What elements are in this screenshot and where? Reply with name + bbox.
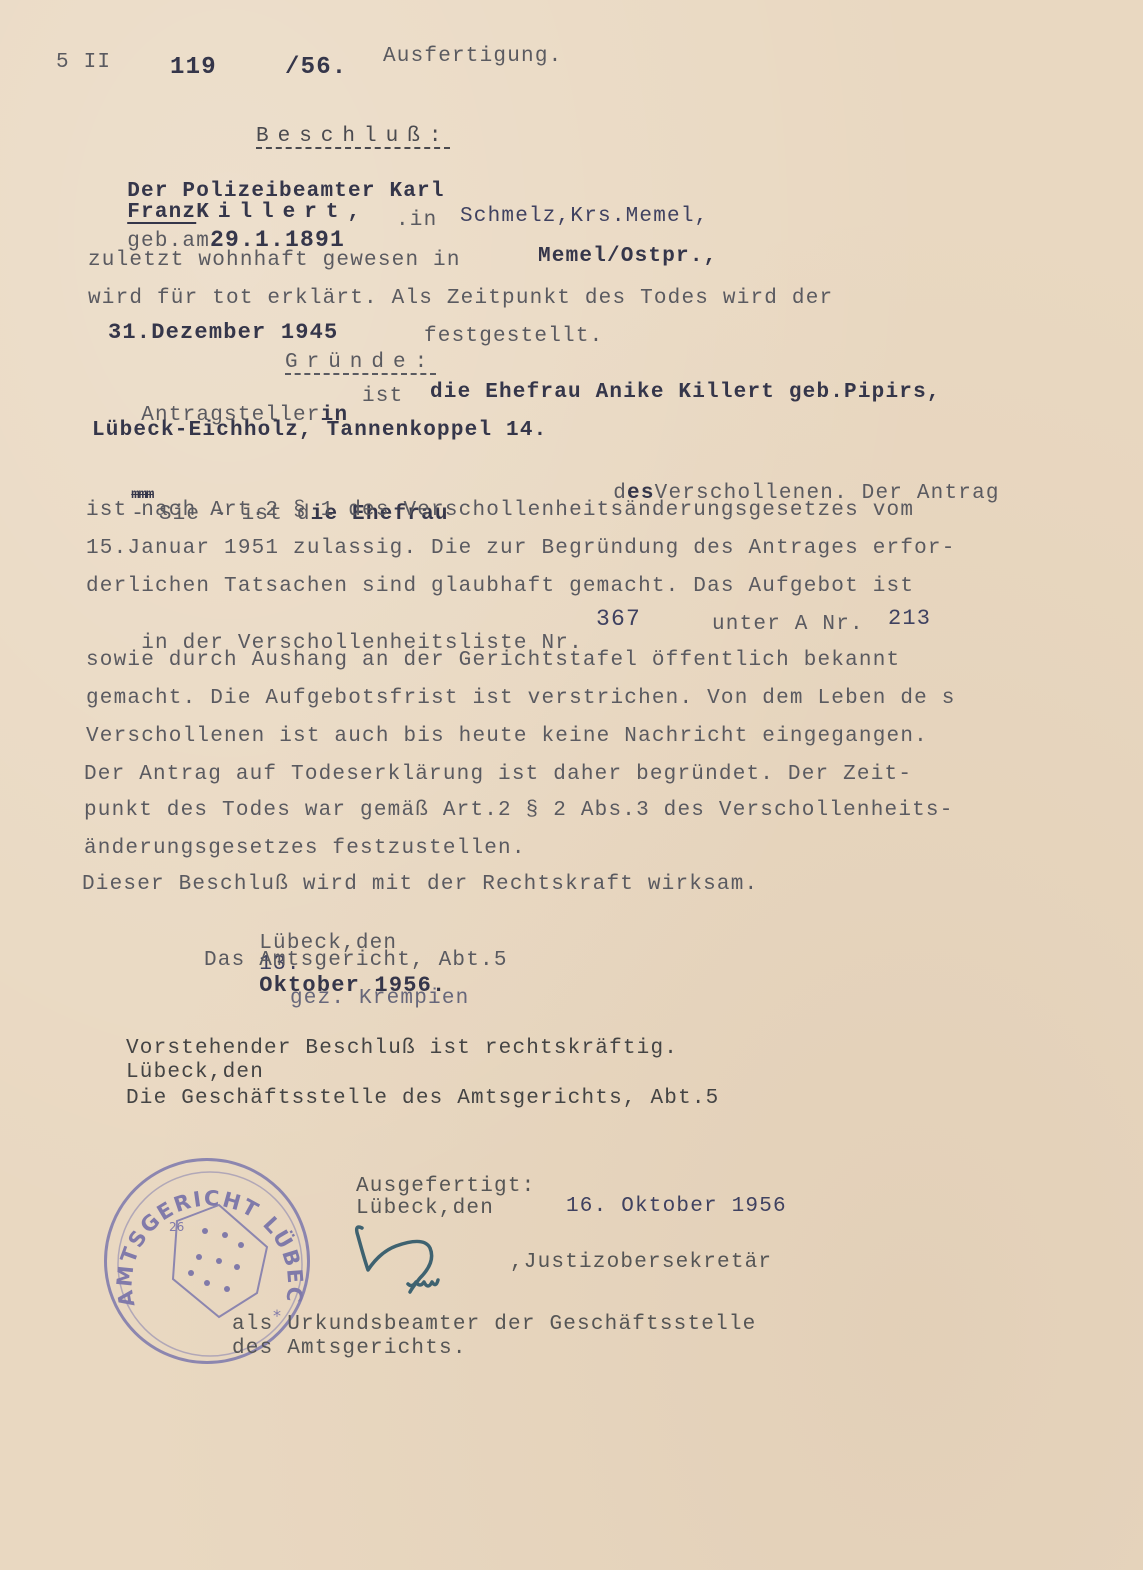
body-line: 15.Januar 1951 zulassig. Die zur Begründ…: [86, 538, 956, 559]
birth-place-prefix: .in: [396, 210, 437, 231]
body-line: derlichen Tatsachen sind glaubhaft gemac…: [86, 576, 914, 597]
body-line: punkt des Todes war gemäß Art.2 § 2 Abs.…: [84, 800, 954, 821]
body-line: Dieser Beschluß wird mit der Rechtskraft…: [82, 874, 758, 895]
applicant-mid: ist: [362, 386, 403, 407]
body-line: Der Antrag auf Todeserklärung ist daher …: [84, 764, 912, 785]
body-line: Verschollenen ist auch bis heute keine N…: [86, 726, 928, 747]
signoff-court: Das Amtsgericht, Abt.5: [204, 950, 508, 971]
list-entry: 213: [888, 608, 931, 630]
subject-prefix: Der Polizeibeamter Karl: [127, 180, 444, 203]
reasons-title: Gründe:: [285, 352, 436, 373]
finality-line1: Vorstehender Beschluß ist rechtskräftig.: [126, 1038, 678, 1059]
body-line: ist nach Art.2 § 1 des Verschollenheitsä…: [86, 500, 914, 521]
document-page: 5 II 119 /56. Ausfertigung. Beschluß: De…: [0, 0, 1143, 1570]
list-number: 367: [596, 608, 641, 631]
file-year: /56.: [285, 56, 347, 80]
applicant-name: die Ehefrau Anike Killert geb.Pipirs,: [430, 382, 941, 403]
residence: Memel/Ostpr.,: [538, 246, 717, 267]
cert-label: Ausgefertigt:: [356, 1176, 535, 1197]
finality-line3: Die Geschäftsstelle des Amtsgerichts, Ab…: [126, 1088, 720, 1109]
death-date: 31.Dezember 1945: [108, 322, 338, 344]
finality-line2: Lübeck,den: [126, 1062, 264, 1083]
signoff-signed: gez. Krempien: [290, 988, 469, 1009]
file-ref-prefix: 5 II: [56, 52, 111, 73]
cert-role-2: des Amtsgerichts.: [232, 1338, 467, 1359]
residence-prefix: zuletzt wohnhaft gewesen in: [88, 250, 461, 271]
list-mid: unter A Nr.: [712, 614, 864, 635]
handwritten-signature: [350, 1218, 460, 1313]
death-suffix: festgestellt.: [424, 326, 603, 347]
cert-title: ,Justizobersekretär: [510, 1252, 772, 1273]
copy-label: Ausfertigung.: [383, 46, 562, 67]
birth-place: Schmelz,Krs.Memel,: [460, 206, 708, 227]
body-line: sowie durch Aushang an der Gerichtstafel…: [86, 650, 900, 671]
declaration: wird für tot erklärt. Als Zeitpunkt des …: [88, 288, 833, 309]
svg-text:AMTSGERICHT LÜBECK: AMTSGERICHT LÜBECK: [107, 1161, 307, 1309]
signature-icon: [350, 1218, 460, 1308]
cert-role-1: als Urkundsbeamter der Geschäftsstelle: [232, 1314, 756, 1335]
body-line: gemacht. Die Aufgebotsfrist ist verstric…: [86, 688, 956, 709]
cert-date: 16. Oktober 1956: [566, 1196, 787, 1217]
seal-number: 26: [169, 1220, 184, 1234]
applicant-address: Lübeck-Eichholz, Tannenkoppel 14.: [92, 420, 547, 441]
cert-place: Lübeck,den: [356, 1198, 494, 1219]
body-line: änderungsgesetzes festzustellen.: [84, 838, 526, 859]
document-title: Beschluß:: [256, 126, 450, 147]
file-number: 119: [170, 56, 217, 80]
